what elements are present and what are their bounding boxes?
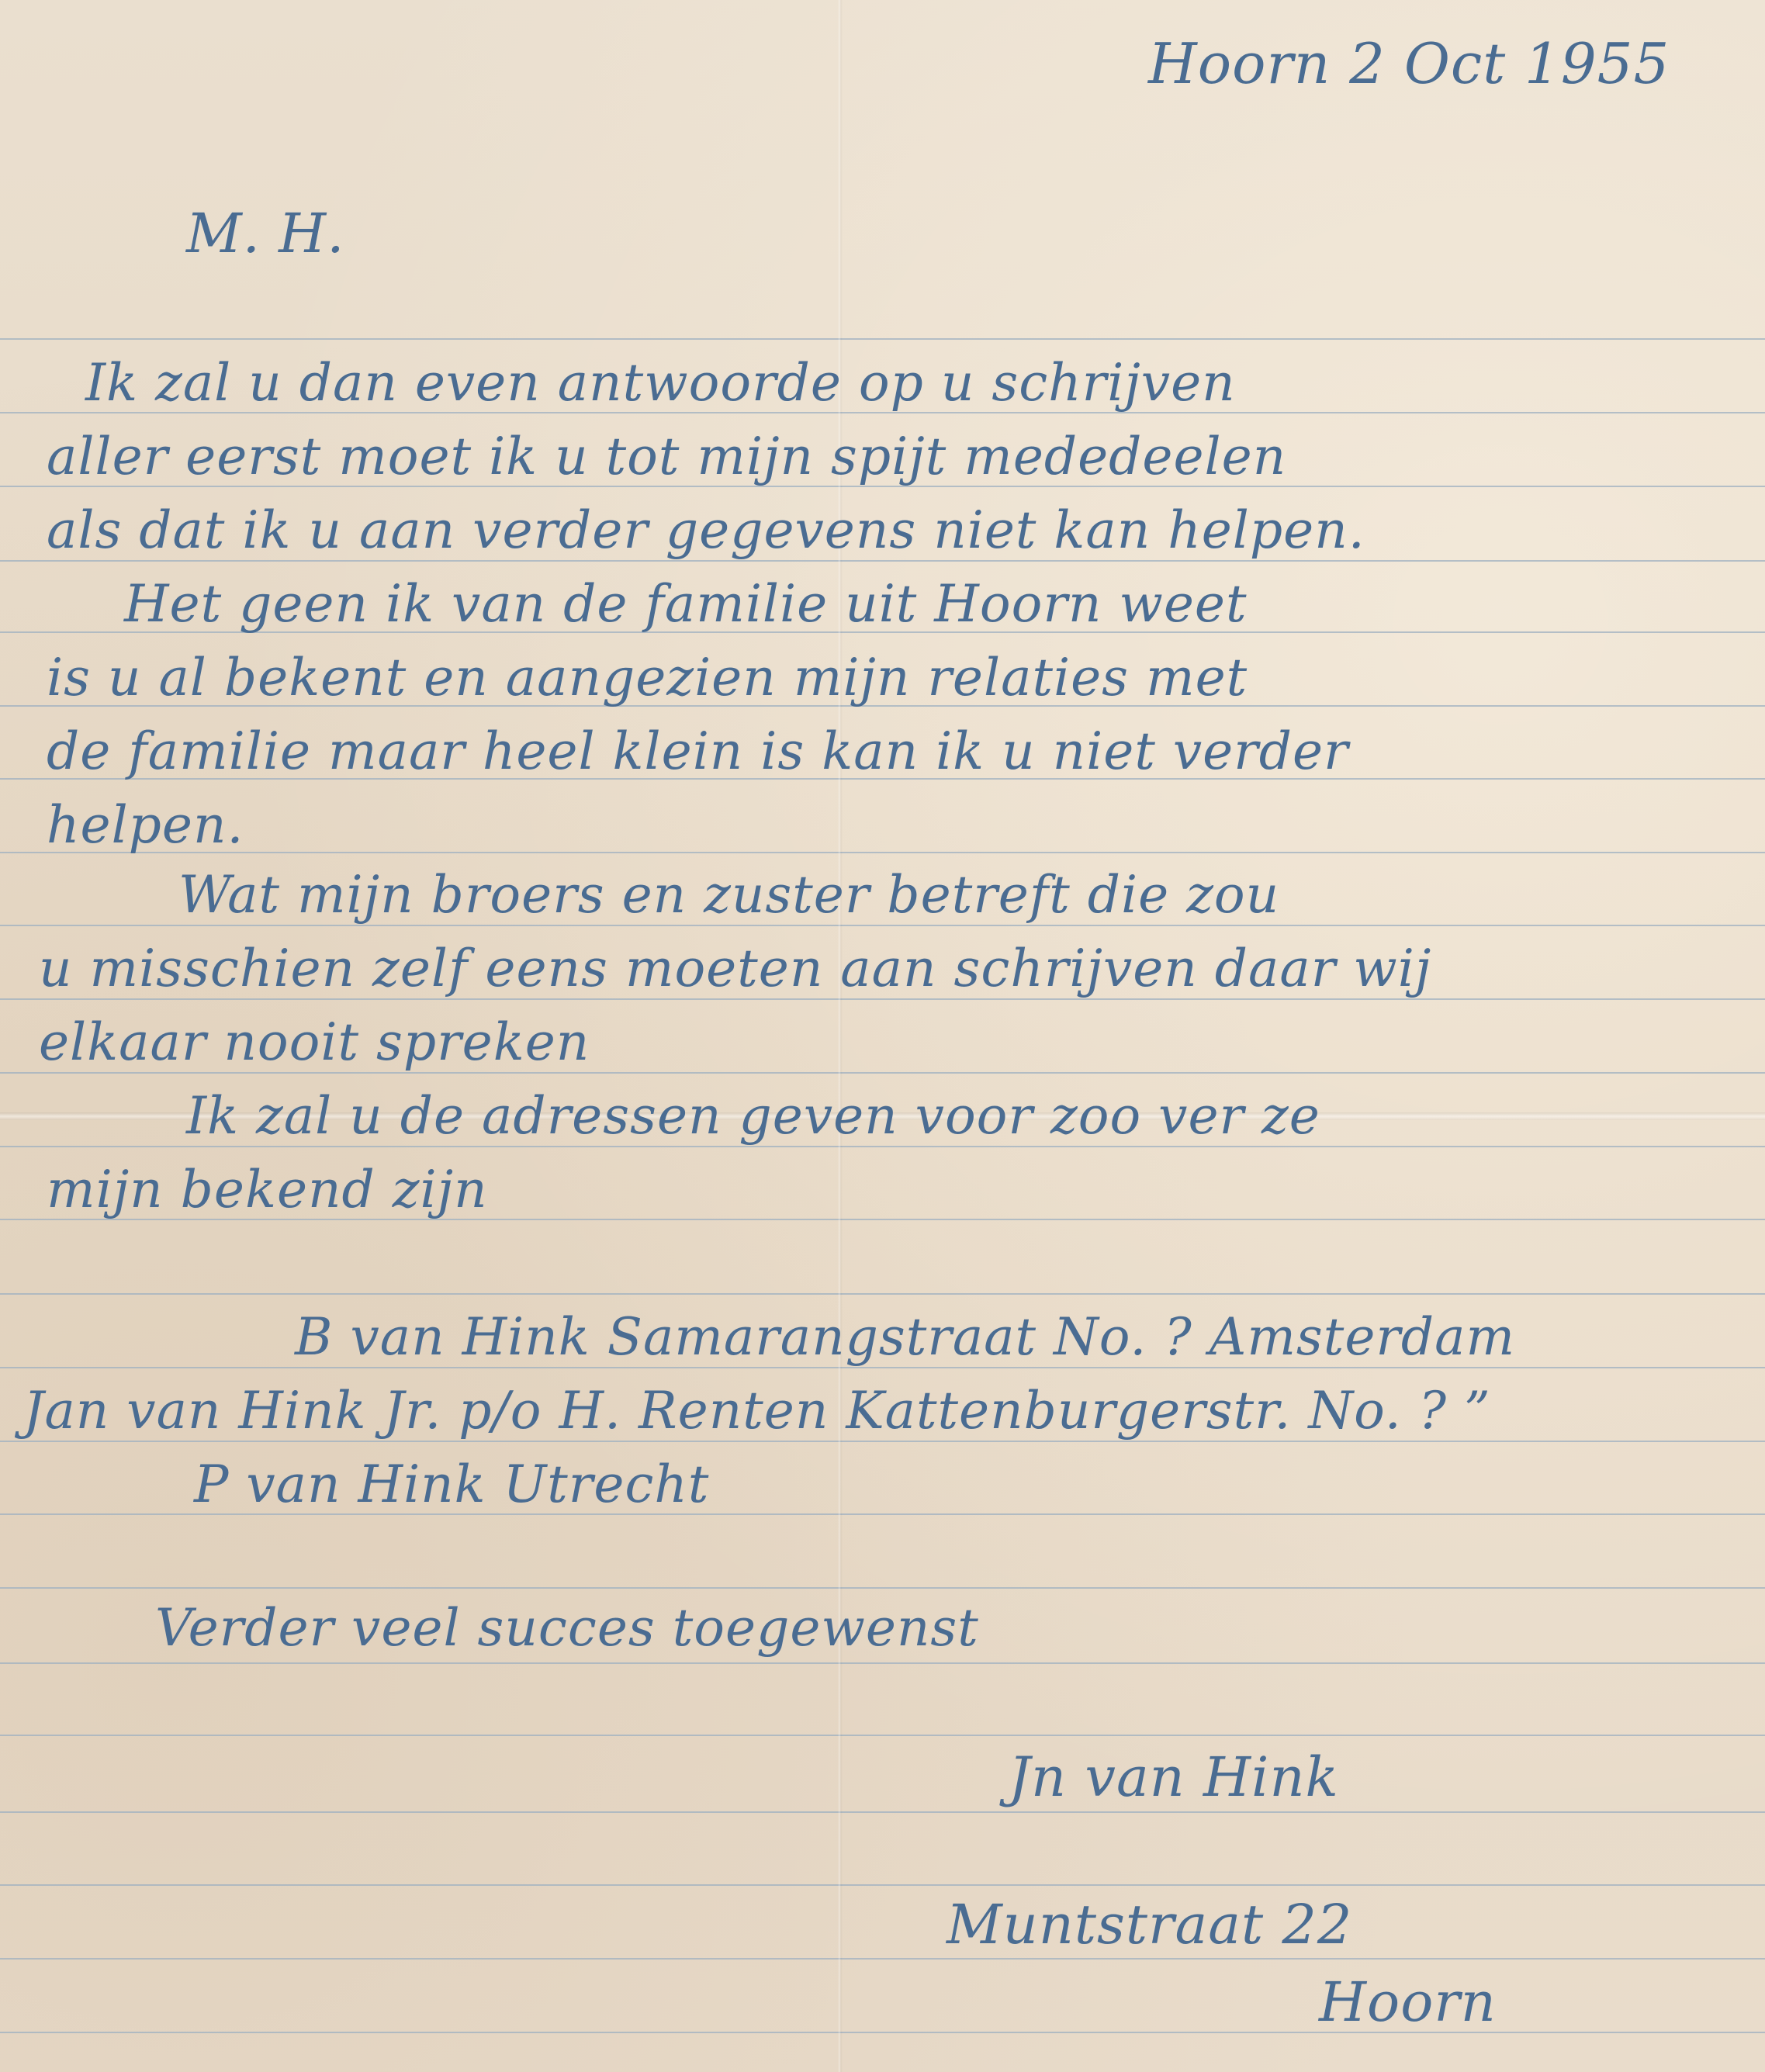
signature-city: Hoorn [1319, 1970, 1497, 2034]
signature-name: Jn van Hink [1009, 1745, 1339, 1809]
body-line: Ik zal u de adressen geven voor zoo ver … [186, 1086, 1320, 1146]
body-line: aller eerst moet ik u tot mijn spijt med… [47, 427, 1286, 486]
body-line: Wat mijn broers en zuster betreft die zo… [178, 865, 1279, 925]
address-line: B van Hink Samarangstraat No. ? Amsterda… [295, 1307, 1515, 1367]
address-line: P van Hink Utrecht [194, 1455, 709, 1514]
body-line: u misschien zelf eens moeten aan schrijv… [39, 939, 1431, 998]
ruled-line [0, 1587, 1765, 1589]
body-line: mijn bekend zijn [47, 1160, 488, 1219]
address-line: Jan van Hink Jr. p/o H. Renten Kattenbur… [23, 1381, 1491, 1441]
ruled-line [0, 1293, 1765, 1295]
ruled-line [0, 1146, 1765, 1147]
ruled-line [0, 852, 1765, 853]
signature-street: Muntstraat 22 [947, 1893, 1352, 1956]
ruled-line [0, 925, 1765, 926]
ruled-line [0, 1072, 1765, 1074]
body-line: Ik zal u dan even antwoorde op u schrijv… [85, 353, 1236, 413]
body-line: Het geen ik van de familie uit Hoorn wee… [124, 574, 1248, 634]
ruled-line [0, 1884, 1765, 1886]
ruled-line [0, 1662, 1765, 1664]
place-date: Hoorn 2 Oct 1955 [1148, 31, 1670, 96]
body-line: de familie maar heel klein is kan ik u n… [47, 721, 1349, 781]
ruled-line [0, 1811, 1765, 1813]
ruled-line [0, 560, 1765, 562]
paper-fold-vertical [838, 0, 843, 2072]
closing-line: Verder veel succes toegewenst [155, 1598, 979, 1658]
body-line: als dat ik u aan verder gegevens niet ka… [47, 500, 1365, 560]
ruled-line [0, 1367, 1765, 1368]
ruled-line [0, 1958, 1765, 1960]
salutation: M. H. [186, 202, 344, 265]
ruled-line [0, 1735, 1765, 1736]
ruled-line [0, 998, 1765, 1000]
body-line: is u al bekent en aangezien mijn relatie… [47, 648, 1248, 707]
ruled-line [0, 1441, 1765, 1442]
ruled-line [0, 338, 1765, 340]
body-line: elkaar nooit spreken [39, 1012, 590, 1072]
body-line: helpen. [47, 795, 244, 855]
ruled-line [0, 2032, 1765, 2033]
